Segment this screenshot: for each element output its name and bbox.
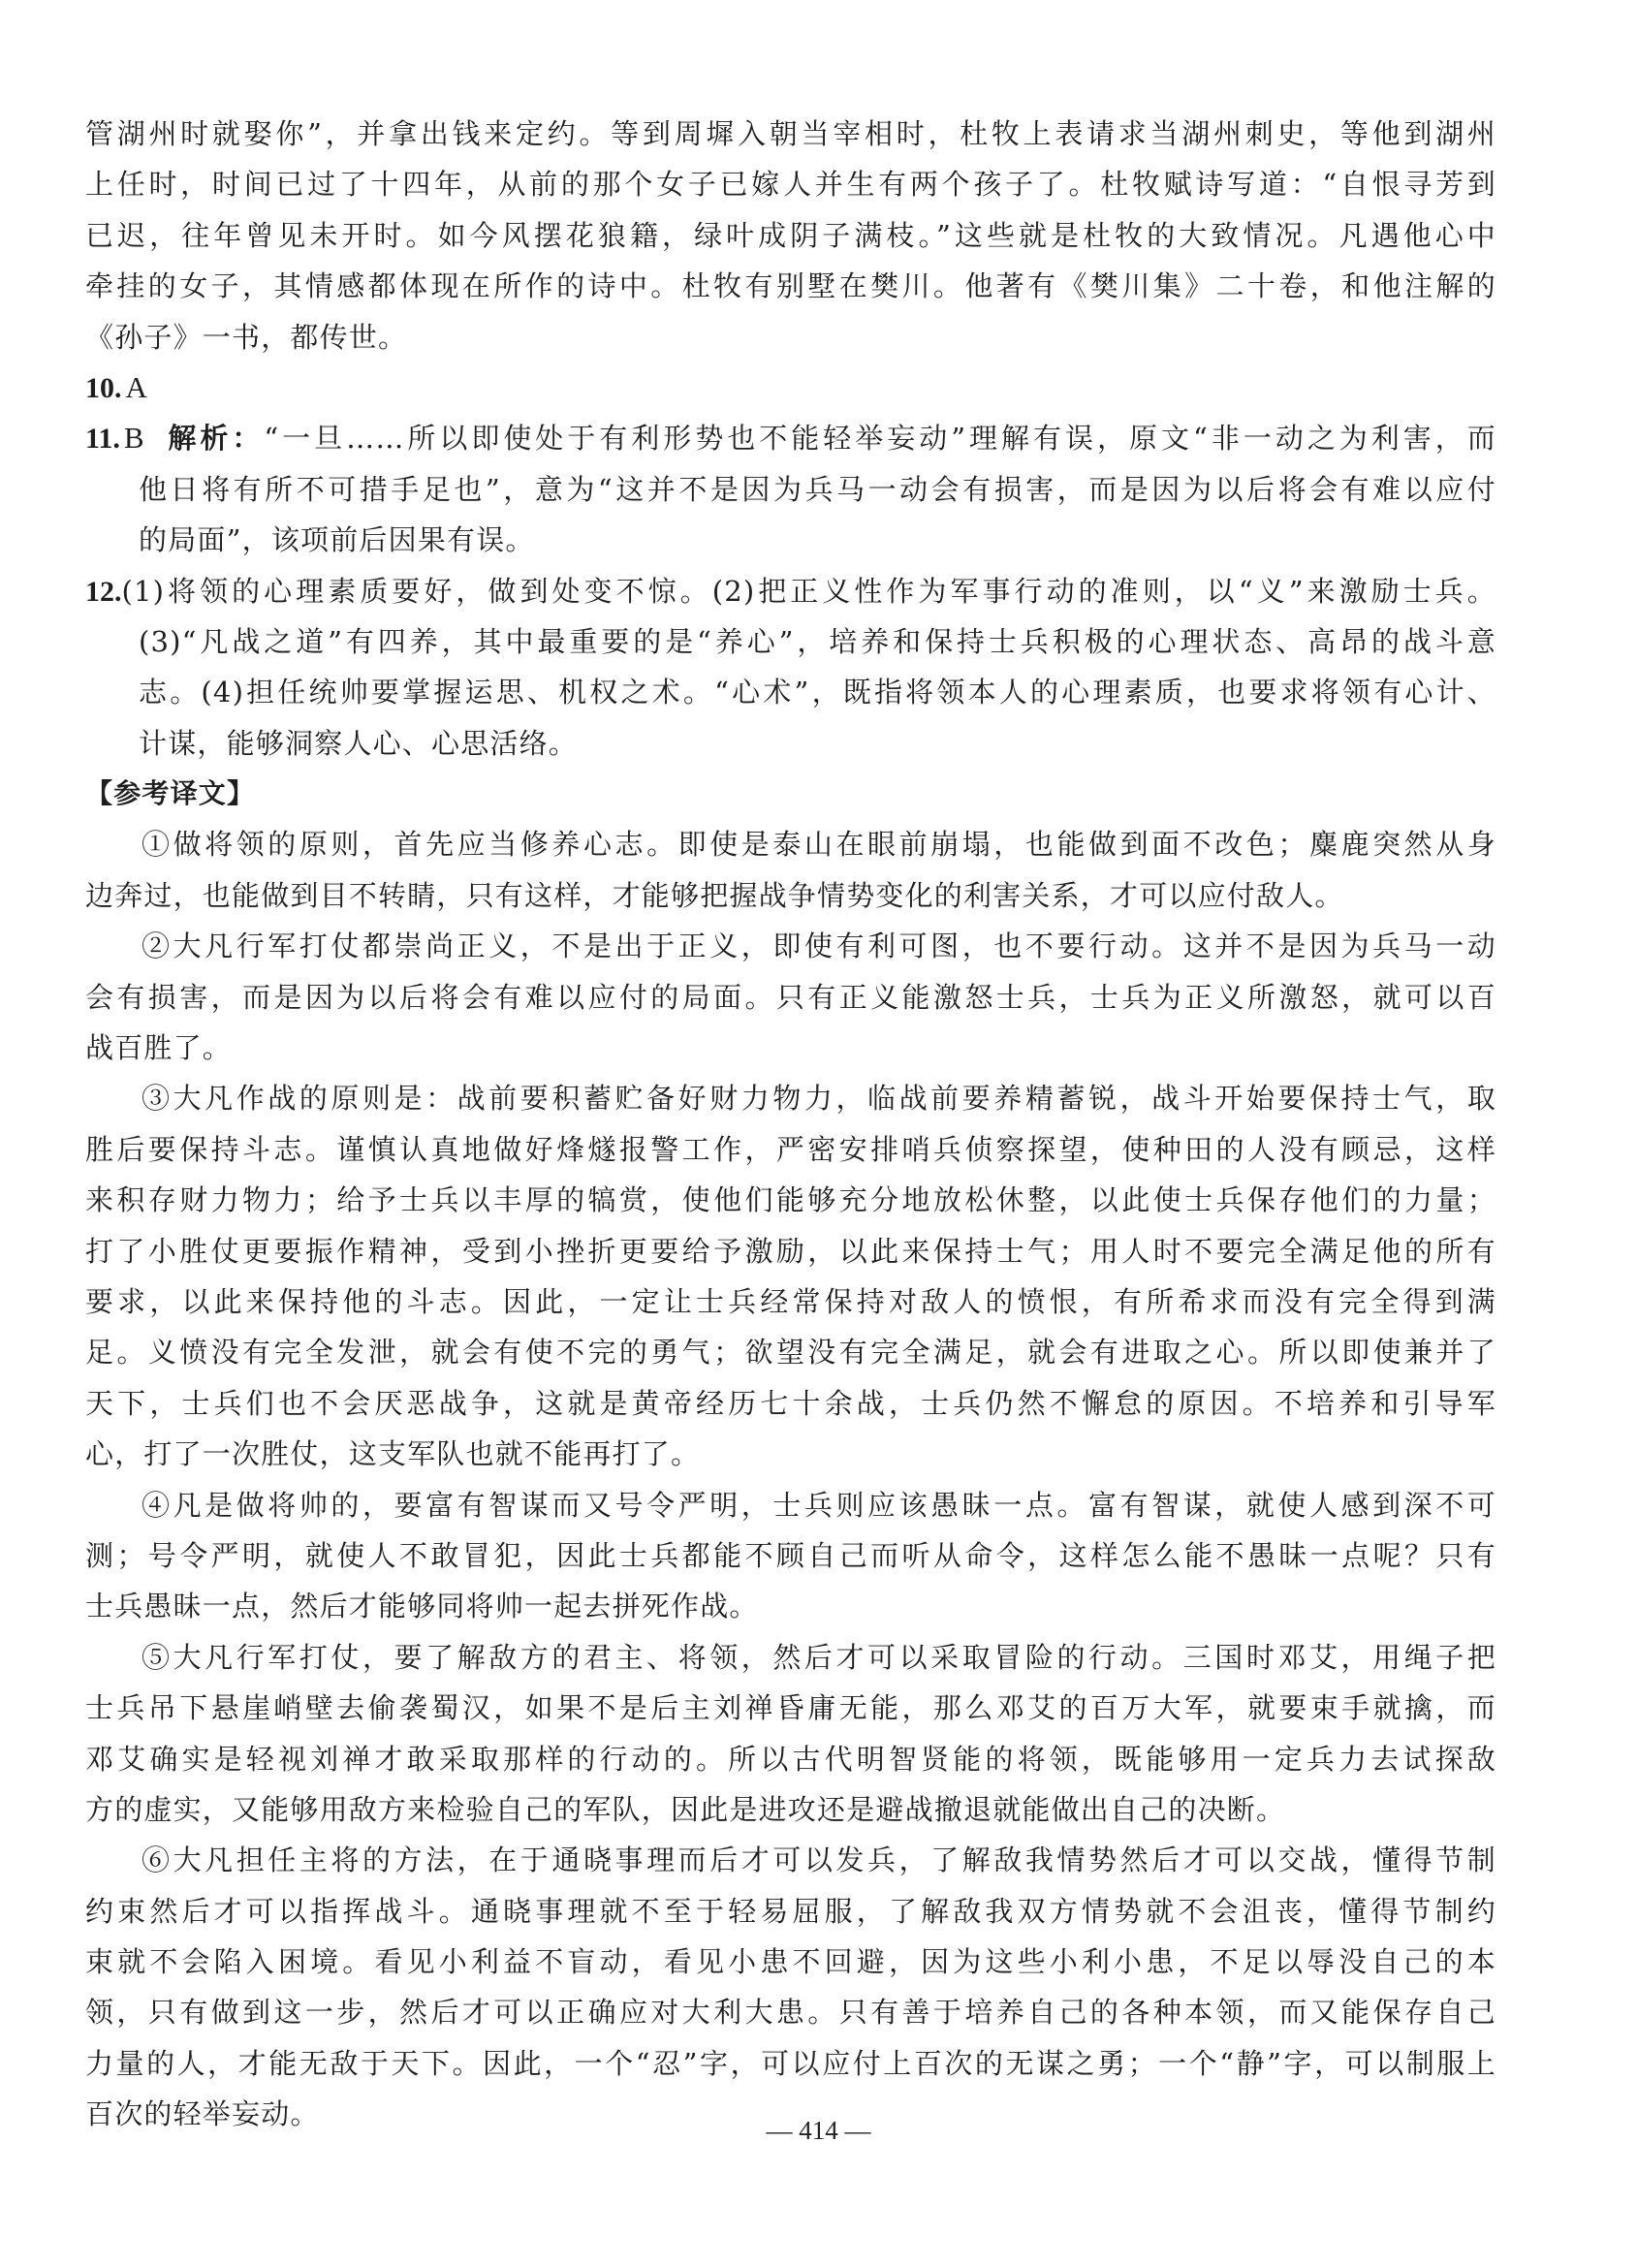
text-line: 领，只有做到这一步，然后才可以正确应对大利大患。只有善于培养自己的各种本领，而又… — [85, 1987, 1496, 2037]
text-line: 已迟，往年曾见未开时。如今风摆花狼籍，绿叶成阴子满枝。”这些就是杜牧的大致情况。… — [85, 210, 1496, 261]
answer-10: 10.A — [85, 362, 1496, 413]
text-line: 《孙子》一书，都传世。 — [85, 312, 1496, 362]
text-line: 邓艾确实是轻视刘禅才敢采取那样的行动的。所以古代明智贤能的将领，既能够用一定兵力… — [85, 1734, 1496, 1784]
intro-paragraph: 管湖州时就娶你”，并拿出钱来定约。等到周墀入朝当宰相时，杜牧上表请求当湖州刺史，… — [85, 109, 1496, 362]
text-line: 来积存财力物力；给予士兵以丰厚的犒赏，使他们能够充分地放松休整，以此使士兵保存他… — [85, 1175, 1496, 1225]
paragraph-marker: ③ — [142, 1082, 173, 1115]
paragraph-marker: ④ — [142, 1489, 173, 1522]
answer-12: 12.(1)将领的心理素质要好，做到处变不惊。(2)把正义性作为军事行动的准则，… — [85, 566, 1496, 770]
page-number: — 414 — — [0, 2116, 1637, 2146]
text-line: 他日将有所不可措手足也”，意为“这并不是因为兵马一动会有损害，而是因为以后将会有… — [85, 464, 1496, 515]
text-line: 边奔过，也能做到目不转睛，只有这样，才能够把握战争情势变化的利害关系，才可以应付… — [85, 870, 1496, 921]
text-line: 大凡行军打仗，要了解敌方的君主、将领，然后才可以采取冒险的行动。三国时邓艾，用绳… — [173, 1641, 1496, 1674]
translation-paragraph-4: ④凡是做将帅的，要富有智谋而又号令严明，士兵则应该愚昧一点。富有智谋，就使人感到… — [85, 1480, 1496, 1632]
paragraph-marker: ① — [142, 828, 173, 861]
answer-text: (1)将领的心理素质要好，做到处变不惊。(2)把正义性作为军事行动的准则，以“义… — [122, 575, 1497, 608]
text-line: 测；号令严明，就使人不敢冒犯，因此士兵都能不顾自己而听从命令，这样怎么能不愚昧一… — [85, 1530, 1496, 1581]
analysis-text: “一旦……所以即使处于有利形势也不能轻举妄动”理解有误，原文“非一动之为利害，而 — [264, 422, 1496, 455]
answer-choice: A — [126, 370, 147, 404]
text-line: 力量的人，才能无敌于天下。因此，一个“忍”字，可以应付上百次的无谋之勇；一个“静… — [85, 2038, 1496, 2089]
text-line: 打了小胜仗更要振作精神，受到小挫折更要给予激励，以此来保持士气；用人时不要完全满… — [85, 1226, 1496, 1276]
translation-paragraph-2: ②大凡行军打仗都崇尚正义，不是出于正义，即使有利可图，也不要行动。这并不是因为兵… — [85, 921, 1496, 1073]
text-line: 会有损害，而是因为以后将会有难以应付的局面。只有正义能激怒士兵，士兵为正义所激怒… — [85, 972, 1496, 1023]
text-line: 大凡作战的原则是：战前要积蓄贮备好财力物力，临战前要养精蓄锐，战斗开始要保持士气… — [173, 1082, 1496, 1115]
text-line: 管湖州时就娶你”，并拿出钱来定约。等到周墀入朝当宰相时，杜牧上表请求当湖州刺史，… — [85, 109, 1496, 159]
text-line: 的局面”，该项前后因果有误。 — [85, 515, 1496, 565]
question-number: 10. — [85, 372, 122, 404]
text-line: 凡是做将帅的，要富有智谋而又号令严明，士兵则应该愚昧一点。富有智谋，就使人感到深… — [173, 1489, 1496, 1522]
text-line: 牵挂的女子，其情感都体现在所作的诗中。杜牧有别墅在樊川。他著有《樊川集》二十卷，… — [85, 261, 1496, 311]
text-line: 大凡担任主将的方法，在于通晓事理而后才可以发兵，了解敌我情势然后才可以交战，懂得… — [173, 1843, 1496, 1876]
text-line: 士兵吊下悬崖峭壁去偷袭蜀汉，如果不是后主刘禅昏庸无能，那么邓艾的百万大军，就要束… — [85, 1683, 1496, 1733]
translation-paragraph-6: ⑥大凡担任主将的方法，在于通晓事理而后才可以发兵，了解敌我情势然后才可以交战，懂… — [85, 1835, 1496, 2139]
text-line: 要求，以此来保持他的斗志。因此，一定让士兵经常保持对敌人的愤恨，有所希求而没有完… — [85, 1276, 1496, 1327]
text-line: 志。(4)担任统帅要掌握运思、机权之术。“心术”，既指将领本人的心理素质，也要求… — [85, 667, 1496, 717]
text-line: 胜后要保持斗志。谨慎认真地做好烽燧报警工作，严密安排哨兵侦察探望，使种田的人没有… — [85, 1124, 1496, 1175]
text-line: 方的虚实，又能够用敌方来检验自己的军队，因此是进攻还是避战撤退就能做出自己的决断… — [85, 1784, 1496, 1835]
answer-choice: B — [124, 421, 144, 455]
translation-paragraph-5: ⑤大凡行军打仗，要了解敌方的君主、将领，然后才可以采取冒险的行动。三国时邓艾，用… — [85, 1632, 1496, 1836]
analysis-label: 解析： — [166, 422, 265, 455]
text-line: 士兵愚昧一点，然后才能够同将帅一起去拼死作战。 — [85, 1581, 1496, 1631]
paragraph-marker: ⑥ — [142, 1843, 173, 1876]
document-page: 管湖州时就娶你”，并拿出钱来定约。等到周墀入朝当宰相时，杜牧上表请求当湖州刺史，… — [85, 109, 1496, 2140]
text-line: 做将领的原则，首先应当修养心志。即使是泰山在眼前崩塌，也能做到面不改色；麋鹿突然… — [173, 828, 1496, 861]
question-number: 11. — [85, 423, 120, 455]
text-line: (3)“凡战之道”有四养，其中最重要的是“养心”，培养和保持士兵积极的心理状态、… — [85, 616, 1496, 667]
text-line: 战百胜了。 — [85, 1023, 1496, 1073]
text-line: 天下，士兵们也不会厌恶战争，这就是黄帝经历七十余战，士兵仍然不懈怠的原因。不培养… — [85, 1378, 1496, 1429]
text-line: 计谋，能够洞察人心、心思活络。 — [85, 718, 1496, 769]
answer-11: 11.B解析：“一旦……所以即使处于有利形势也不能轻举妄动”理解有误，原文“非一… — [85, 413, 1496, 565]
text-line: 心，打了一次胜仗，这支军队也就不能再打了。 — [85, 1429, 1496, 1479]
paragraph-marker: ⑤ — [142, 1641, 173, 1674]
translation-paragraph-1: ①做将领的原则，首先应当修养心志。即使是泰山在眼前崩塌，也能做到面不改色；麋鹿突… — [85, 819, 1496, 921]
section-heading: 【参考译文】 — [85, 769, 1496, 819]
text-line: 上任时，时间已过了十四年，从前的那个女子已嫁人并生有两个孩子了。杜牧赋诗写道：“… — [85, 159, 1496, 209]
text-line: 足。义愤没有完全发泄，就会有使不完的勇气；欲望没有完全满足，就会有进取之心。所以… — [85, 1327, 1496, 1377]
question-number: 12. — [85, 576, 122, 608]
paragraph-marker: ② — [142, 929, 173, 962]
translation-paragraph-3: ③大凡作战的原则是：战前要积蓄贮备好财力物力，临战前要养精蓄锐，战斗开始要保持士… — [85, 1073, 1496, 1479]
text-line: 束就不会陷入困境。看见小利益不盲动，看见小患不回避，因为这些小利小患，不足以辱没… — [85, 1937, 1496, 1987]
text-line: 大凡行军打仗都崇尚正义，不是出于正义，即使有利可图，也不要行动。这并不是因为兵马… — [173, 929, 1496, 962]
text-line: 约束然后才可以指挥战斗。通晓事理就不至于轻易屈服，了解敌我双方情势就不会沮丧，懂… — [85, 1886, 1496, 1937]
